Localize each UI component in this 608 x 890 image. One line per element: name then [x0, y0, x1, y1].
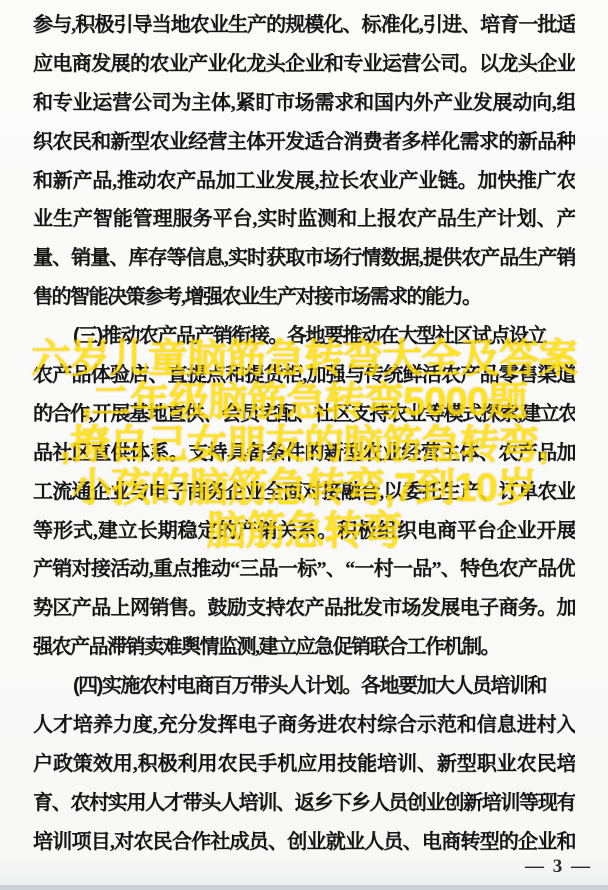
- body-text-line: 应电商发展的农业产业化龙头企业和专业运营公司。以龙头企业: [33, 45, 575, 84]
- body-text-line: 强农产品滞销卖难舆情监测,建立应急促销联合工作机制。: [33, 628, 575, 667]
- section-heading-line: (四)实施农村电商百万带头人计划。各地要加大人员培训和: [33, 667, 575, 706]
- body-text-line: 培训项目,对农民合作社成员、创业就业人员、电商转型的企业和: [33, 823, 575, 862]
- section-heading-line: (三)推动农产品产销衔接。各地要推动在大型社区试点设立: [33, 317, 575, 356]
- page-number: — 3 —: [525, 856, 592, 878]
- page-bottom-edge: [0, 885, 608, 890]
- body-text-line: 的合作,开展基地直供、会员宅配、社区支持农业等模式探索,建立农产: [33, 395, 575, 434]
- body-text-line: 农产品体验店、直提点和提货柜,加强与传统鲜活农产品零售渠道: [33, 356, 575, 395]
- body-text-line: 育、农村实用人才带头人培训、返乡下乡人员创业创新培训等现有: [33, 784, 575, 823]
- body-text-line: 织农民和新型农业经营主体开发适合消费者多样化需求的新品种: [33, 123, 575, 162]
- body-text-line: 参与,积极引导当地农业生产的规模化、标准化,引进、培育一批适: [33, 6, 575, 45]
- body-text-line: 人才培养力度,充分发挥电子商务进农村综合示范和信息进村入: [33, 706, 575, 745]
- body-text-line: 量、销量、库存等信息,实时获取市场行情数据,提供农产品生产销: [33, 239, 575, 278]
- document-page: 参与,积极引导当地农业生产的规模化、标准化,引进、培育一批适应电商发展的农业产业…: [0, 0, 608, 890]
- section-heading-label: (四)实施农村电商百万带头人计划。: [73, 675, 361, 697]
- body-text-line: 售的智能决策参考,增强农业生产对接市场需求的能力。: [33, 278, 575, 317]
- section-heading-label: (三)推动农产品产销衔接。: [73, 325, 287, 347]
- body-text-line: 和新产品,推动农产品加工业发展,拉长农业产业链。加快推广农: [33, 162, 575, 201]
- body-text-line: 等形式,建立长期稳定的产销关系。积极组织电商平台企业开展: [33, 512, 575, 551]
- body-text-line: 工流通企业与电子商务企业全面对接融合,以委托生产、订单农业: [33, 473, 575, 512]
- body-text-line: 户政策效用,积极利用农民手机应用技能培训、新型职业农民培: [33, 745, 575, 784]
- body-text-line: 产销对接活动,重点推动“三品一标”、“一村一品”、特色农产品优: [33, 550, 575, 589]
- body-text-line: 和专业运营公司为主体,紧盯市场需求和国内外产业发展动向,组: [33, 84, 575, 123]
- body-text-line: 势区产品上网销售。鼓励支持农产品批发市场发展电子商务。加: [33, 589, 575, 628]
- document-text: 参与,积极引导当地农业生产的规模化、标准化,引进、培育一批适应电商发展的农业产业…: [33, 6, 575, 862]
- body-text-line: 业生产智能管理服务平台,实时监测和上报农产品生产计划、产: [33, 200, 575, 239]
- body-text-line: 品社区直供体系。支持具备条件的新型农业经营主体、农产品加: [33, 434, 575, 473]
